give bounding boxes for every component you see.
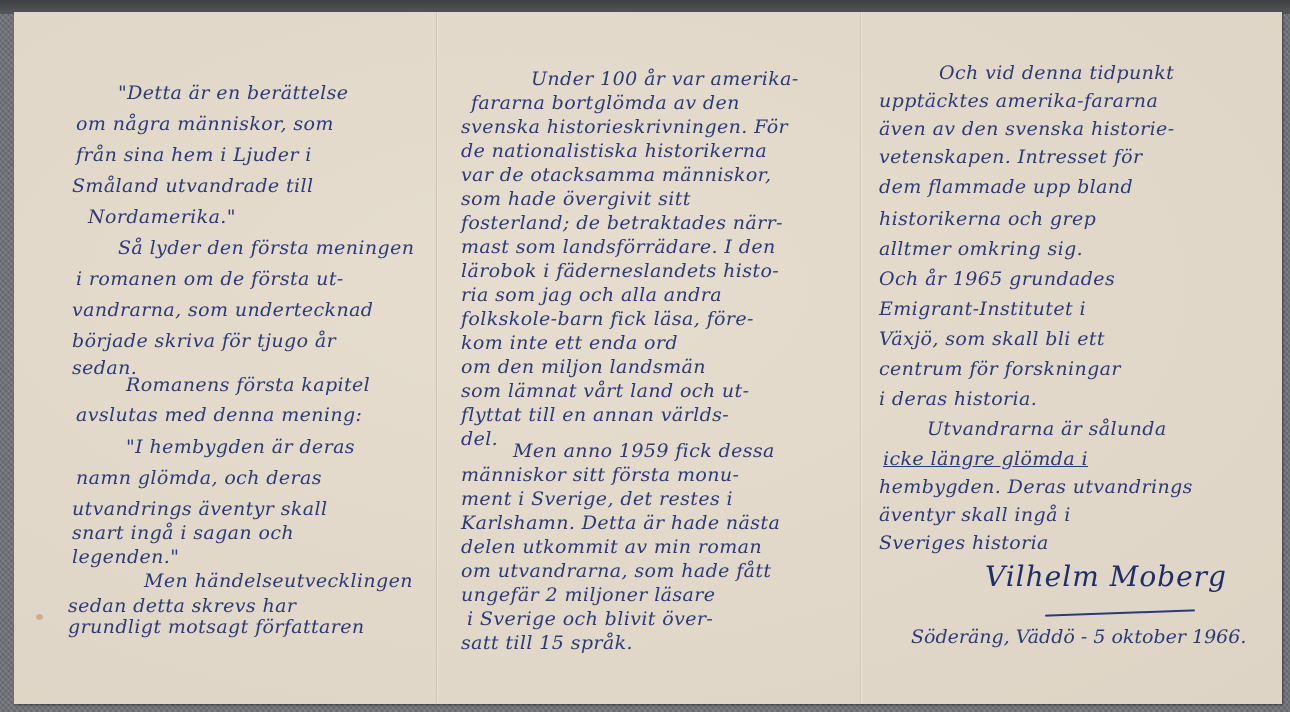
text-line: fosterland; de betraktades närr- xyxy=(461,212,783,234)
place-date-line: Söderäng, Väddö - 5 oktober 1966. xyxy=(911,626,1246,648)
text-line: lärobok i fäderneslandets histo- xyxy=(461,260,779,282)
text-line: Sveriges historia xyxy=(879,532,1049,554)
text-line: namn glömda, och deras xyxy=(76,467,322,489)
text-line: ment i Sverige, det restes i xyxy=(461,488,733,510)
text-line: folkskole-barn fick läsa, före- xyxy=(461,308,754,330)
text-line: "I hembygden är deras xyxy=(126,436,355,458)
text-line: kom inte ett enda ord xyxy=(461,332,678,354)
text-line: Under 100 år var amerika- xyxy=(531,68,799,90)
text-line: Utvandrarna är sålunda xyxy=(927,418,1167,440)
text-line: Nordamerika." xyxy=(88,206,236,228)
text-line-underlined: icke längre glömda i xyxy=(883,448,1088,470)
text-line: om den miljon landsmän xyxy=(461,356,706,378)
text-line: historikerna och grep xyxy=(879,208,1096,230)
text-line: delen utkommit av min roman xyxy=(461,536,762,558)
text-line: fararna bortglömda av den xyxy=(471,92,740,114)
text-line: om några människor, som xyxy=(76,113,334,135)
letter-paper: "Detta är en berättelse om några människ… xyxy=(14,12,1282,704)
text-line: i romanen om de första ut- xyxy=(76,268,344,290)
text-line: om utvandrarna, som hade fått xyxy=(461,560,771,582)
text-line: upptäcktes amerika-fararna xyxy=(879,90,1158,112)
text-line: Men händelseutvecklingen xyxy=(144,570,413,592)
text-line: i Sverige och blivit över- xyxy=(467,608,713,630)
letter-panel-left: "Detta är en berättelse om några människ… xyxy=(14,12,436,704)
text-line: Romanens första kapitel xyxy=(126,374,370,396)
text-line: Och vid denna tidpunkt xyxy=(939,62,1174,84)
text-line: sedan detta skrevs har xyxy=(68,595,296,617)
text-line: utvandrings äventyr skall xyxy=(72,498,327,520)
letter-panel-right: Och vid denna tidpunkt upptäcktes amerik… xyxy=(860,12,1282,704)
text-line: som hade övergivit sitt xyxy=(461,188,691,210)
text-line: hembygden. Deras utvandrings xyxy=(879,476,1193,498)
text-line: vandrarna, som undertecknad xyxy=(72,299,373,321)
text-line: Men anno 1959 fick dessa xyxy=(513,440,775,462)
text-line: var de otacksamma människor, xyxy=(461,164,772,186)
text-line: även av den svenska historie- xyxy=(879,118,1175,140)
text-line: som lämnat vårt land och ut- xyxy=(461,380,749,402)
text-line: ria som jag och alla andra xyxy=(461,284,722,306)
paper-stain xyxy=(36,614,43,620)
text-line: i deras historia. xyxy=(879,388,1037,410)
signature: Vilhelm Moberg xyxy=(985,560,1227,593)
text-line: Småland utvandrade till xyxy=(72,175,313,197)
text-line: började skriva för tjugo år xyxy=(72,330,336,352)
text-line: alltmer omkring sig. xyxy=(879,238,1083,260)
text-line: äventyr skall ingå i xyxy=(879,504,1071,526)
text-line: Och år 1965 grundades xyxy=(879,268,1115,290)
text-line: centrum för forskningar xyxy=(879,358,1121,380)
text-line: grundligt motsagt författaren xyxy=(68,616,365,638)
text-line: från sina hem i Ljuder i xyxy=(76,144,312,166)
text-line: dem flammade upp bland xyxy=(879,176,1133,198)
text-line: vetenskapen. Intresset för xyxy=(879,146,1143,168)
text-line: Emigrant-Institutet i xyxy=(879,298,1086,320)
text-line: Karlshamn. Detta är hade nästa xyxy=(461,512,780,534)
text-line: avslutas med denna mening: xyxy=(76,404,362,426)
text-line: människor sitt första monu- xyxy=(461,464,739,486)
text-line: Växjö, som skall bli ett xyxy=(879,328,1105,350)
text-line: satt till 15 språk. xyxy=(461,632,633,654)
text-line: Så lyder den första meningen xyxy=(118,237,414,259)
text-line: "Detta är en berättelse xyxy=(118,82,348,104)
text-line: mast som landsförrädare. I den xyxy=(461,236,776,258)
text-line: snart ingå i sagan och xyxy=(72,522,294,544)
letter-panel-middle: Under 100 år var amerika- fararna bortgl… xyxy=(436,12,860,704)
text-line: flyttat till en annan världs- xyxy=(461,404,729,426)
text-line: legenden." xyxy=(72,546,179,568)
text-line: de nationalistiska historikerna xyxy=(461,140,767,162)
text-line: svenska historieskrivningen. För xyxy=(461,116,788,138)
signature-flourish xyxy=(1045,609,1195,616)
text-line: del. xyxy=(461,428,498,450)
text-line: ungefär 2 miljoner läsare xyxy=(461,584,715,606)
